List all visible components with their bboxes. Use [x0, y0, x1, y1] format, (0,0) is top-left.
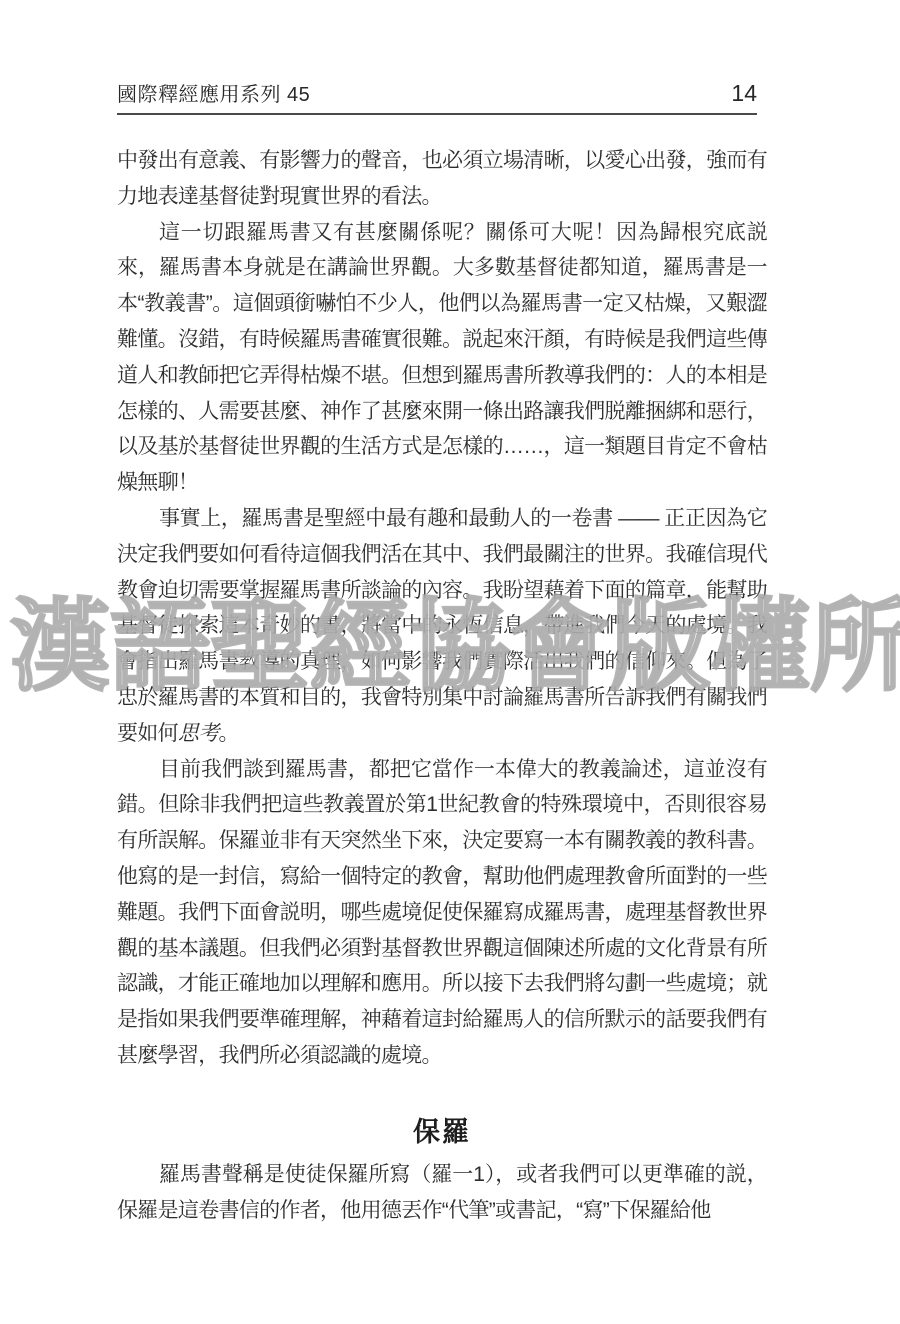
- paragraphs-after-heading: 羅馬書聲稱是使徒保羅所寫（羅一1），或者我們可以更準確的説，保羅是這卷書信的作者…: [117, 1157, 767, 1229]
- paragraph: 目前我們談到羅馬書，都把它當作一本偉大的教義論述，這並沒有錯。但除非我們把這些教…: [117, 752, 767, 1074]
- paragraph: 中發出有意義、有影響力的聲音，也必須立場清晰，以愛心出發，強而有力地表達基督徒對…: [117, 143, 767, 215]
- watermark-character: 漢: [10, 597, 110, 697]
- page-number: 14: [731, 80, 757, 107]
- paragraph: 羅馬書聲稱是使徒保羅所寫（羅一1），或者我們可以更準確的説，保羅是這卷書信的作者…: [117, 1157, 767, 1229]
- series-title: 國際釋經應用系列 45: [117, 78, 310, 107]
- running-header: 國際釋經應用系列 45 14: [117, 78, 757, 115]
- text-run: 羅馬書聲稱是使徒保羅所寫（羅一1），或者我們可以更準確的説，保羅是這卷書信的作者…: [117, 1163, 767, 1222]
- text-run: 目前我們談到羅馬書，都把它當作一本偉大的教義論述，這並沒有錯。但除非我們把這些教…: [117, 758, 767, 1067]
- text-run: 這一切跟羅馬書又有甚麼關係呢？關係可大呢！因為歸根究底説來，羅馬書本身就是在講論…: [117, 221, 767, 495]
- text-run: 事實上，羅馬書是聖經中最有趣和最動人的一卷書 —— 正正因為它決定我們要如何看待…: [117, 507, 767, 745]
- paragraph: 事實上，羅馬書是聖經中最有趣和最動人的一卷書 —— 正正因為它決定我們要如何看待…: [117, 501, 767, 752]
- paragraph: 這一切跟羅馬書又有甚麼關係呢？關係可大呢！因為歸根究底説來，羅馬書本身就是在講論…: [117, 215, 767, 501]
- body-text-column: 中發出有意義、有影響力的聲音，也必須立場清晰，以愛心出發，強而有力地表達基督徒對…: [117, 143, 767, 1228]
- watermark-character: 所: [810, 597, 900, 697]
- paragraphs-before-heading: 中發出有意義、有影響力的聲音，也必須立場清晰，以愛心出發，強而有力地表達基督徒對…: [117, 143, 767, 1074]
- book-page: 國際釋經應用系列 45 14 中發出有意義、有影響力的聲音，也必須立場清晰，以愛…: [0, 0, 900, 1324]
- text-run: 。: [219, 722, 239, 745]
- section-heading: 保羅: [117, 1110, 767, 1149]
- italic-text-run: 思考: [178, 722, 219, 745]
- text-run: 中發出有意義、有影響力的聲音，也必須立場清晰，以愛心出發，強而有力地表達基督徒對…: [117, 149, 767, 208]
